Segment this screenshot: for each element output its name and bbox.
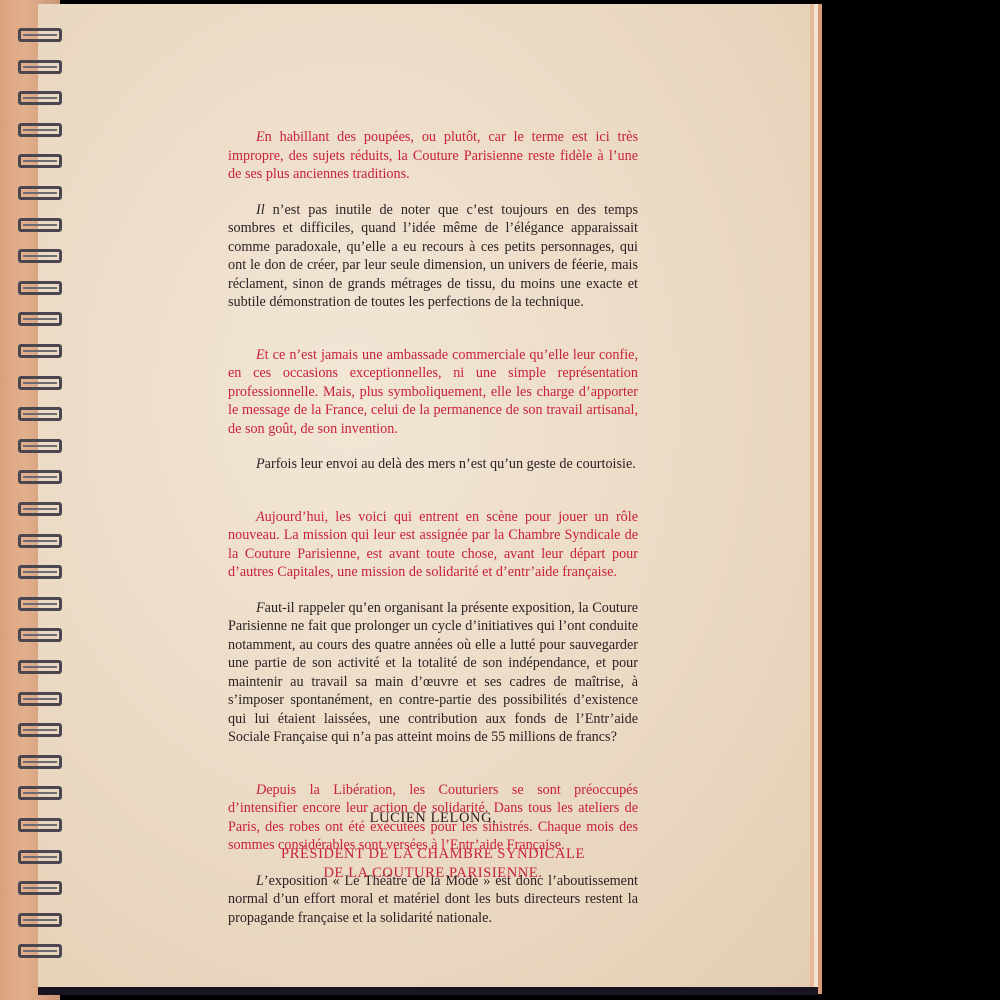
spiral-ring-icon [18, 723, 62, 737]
spiral-ring-icon [18, 439, 62, 453]
spiral-ring-icon [18, 186, 62, 200]
document-body: En habillant des poupées, ou plutôt, car… [228, 128, 638, 927]
drop-initial: F [256, 600, 265, 616]
spiral-ring-icon [18, 154, 62, 168]
paragraph-2: Il n’est pas inutile de noter que c’est … [228, 201, 638, 312]
signature-name: LUCIEN LELONG, [228, 810, 638, 827]
signature-title-line-2: DE LA COUTURE PARISIENNE. [228, 864, 638, 883]
spiral-ring-icon [18, 91, 62, 105]
drop-initial: Il [256, 202, 265, 218]
spiral-ring-icon [18, 755, 62, 769]
spiral-ring-icon [18, 660, 62, 674]
spiral-ring-icon [18, 534, 62, 548]
spiral-ring-icon [18, 881, 62, 895]
spiral-ring-icon [18, 344, 62, 358]
drop-initial: E [256, 347, 265, 363]
spiral-ring-icon [18, 407, 62, 421]
page-edge [818, 4, 822, 994]
signature-title-line-1: PRÉSIDENT DE LA CHAMBRE SYNDICALE [228, 845, 638, 864]
spiral-ring-icon [18, 470, 62, 484]
spiral-ring-icon [18, 123, 62, 137]
spiral-ring-icon [18, 218, 62, 232]
spiral-ring-icon [18, 944, 62, 958]
spiral-ring-icon [18, 249, 62, 263]
spiral-ring-icon [18, 312, 62, 326]
drop-initial: P [256, 456, 265, 472]
paragraph-3: Et ce n’est jamais une ambassade commerc… [228, 346, 638, 439]
spiral-ring-icon [18, 28, 62, 42]
spiral-ring-icon [18, 60, 62, 74]
signature-title: PRÉSIDENT DE LA CHAMBRE SYNDICALE DE LA … [228, 845, 638, 882]
paragraph-4: Parfois leur envoi au delà des mers n’es… [228, 455, 638, 474]
spiral-ring-icon [18, 565, 62, 579]
spiral-ring-icon [18, 628, 62, 642]
drop-initial: D [256, 782, 266, 798]
spiral-ring-icon [18, 376, 62, 390]
spiral-ring-icon [18, 281, 62, 295]
drop-initial: A [256, 509, 265, 525]
spiral-ring-icon [18, 502, 62, 516]
spiral-ring-icon [18, 692, 62, 706]
spiral-ring-icon [18, 786, 62, 800]
spiral-ring-icon [18, 818, 62, 832]
paragraph-6: Faut-il rappeler qu’en organisant la pré… [228, 599, 638, 747]
spiral-ring-icon [18, 913, 62, 927]
drop-initial: E [256, 129, 265, 145]
paragraph-5: Aujourd’hui, les voici qui entrent en sc… [228, 508, 638, 582]
spiral-ring-icon [18, 597, 62, 611]
paragraph-1: En habillant des poupées, ou plutôt, car… [228, 128, 638, 184]
spiral-ring-icon [18, 850, 62, 864]
